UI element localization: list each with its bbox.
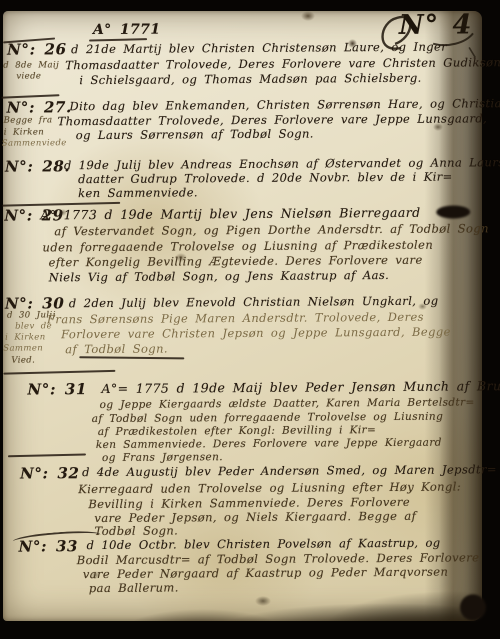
entry-line: Forlovere vare Christen Jepsøn og Jeppe …: [61, 325, 451, 342]
entry-line: vare Peder Nørgaard af Kaastrup og Peder…: [83, 565, 449, 582]
margin-note: i Kirken: [4, 127, 44, 137]
entry-line: af Vestervandet Sogn, og Pigen Dorthe An…: [54, 221, 489, 238]
entry-line: Frans Sørensøns Pige Maren Andersdtr. Tr…: [47, 310, 424, 327]
year-heading: A° 1771: [93, 22, 161, 38]
underline: [79, 356, 184, 359]
year-heading-underline: [89, 38, 147, 41]
entry-line: vare Peder Jepsøn, og Niels Kiergaard. B…: [94, 509, 416, 525]
entry-line: paa Ballerum.: [89, 580, 179, 595]
entry-line: Todbøl Sogn.: [94, 523, 178, 538]
entry-number: N°: 33: [19, 537, 79, 555]
entry-line: Niels Vig af Todbøl Sogn, og Jens Kaastr…: [49, 268, 390, 284]
register-page: A° 1771 N° 4 N°: 26 d 8de Maij viede d 2…: [3, 11, 482, 621]
entry-line: af Prædikestolen efter Kongl: Bevilling …: [98, 424, 376, 438]
entry-line: Thomasdaatter Trolovede, Deres Forlovere…: [65, 55, 500, 72]
margin-note: Sammen: [3, 343, 43, 353]
entry-line: A°= 1775 d 19de Maij blev Peder Jensøn M…: [101, 378, 500, 396]
entry-line: Thomasdaatter Trolovede, Deres Forlovere…: [58, 111, 488, 128]
entry-number: N°: 26: [7, 40, 67, 58]
margin-note: d 8de Maij: [3, 60, 59, 70]
entry-line: daatter Gudrup Trolovede. d 20de Novbr. …: [78, 170, 453, 187]
entry-line: A° 1773 d 19de Martij blev Jens Nielsøn …: [40, 205, 420, 223]
entry-line: og Laurs Sørrensøn af Todbøl Sogn.: [76, 126, 314, 142]
entry-line: d 10de Octbr. blev Christen Povelsøn af …: [87, 536, 441, 552]
entry-line: ken Sammenviede.: [78, 185, 198, 200]
margin-note: Begge fra: [4, 115, 53, 125]
margin-note: viede: [16, 71, 41, 81]
margin-note: i Kirken: [5, 332, 45, 342]
entry-line: uden forregaaende Trolovelse og Liusning…: [42, 238, 433, 255]
entry-number: N°: 32: [20, 464, 80, 482]
entry-line: i Schielsgaard, og Thomas Madsøn paa Sch…: [79, 71, 421, 87]
entry-line: og Jeppe Kiergaards ældste Daatter, Kare…: [100, 396, 475, 411]
entry-line: d 21de Martij blev Christen Christensøn …: [71, 40, 447, 57]
entry-number: N°: 28.: [5, 157, 70, 175]
entry-line: efter Kongelig Bevilling Ægteviede. Dere…: [49, 253, 423, 270]
ink-stain: [436, 205, 470, 218]
entry-number: N°: 31: [27, 380, 87, 398]
margin-note: Vied.: [11, 355, 35, 365]
entry-line: af Todbøl Sogn uden forregaaende Trolove…: [92, 411, 444, 425]
entry-line: d 2den Julij blev Enevold Christian Niel…: [69, 294, 439, 311]
page-number: N° 4: [399, 9, 473, 41]
entry-line: og Frans Jørgensen.: [102, 451, 223, 464]
entry-line: af Todbøl Sogn.: [65, 342, 168, 357]
entry-line: Kierregaard uden Trolovelse og Liusning …: [78, 479, 461, 496]
entry-line: Dito dag blev Enkemanden, Christen Sørre…: [69, 96, 500, 113]
ink-stain: [460, 594, 486, 620]
margin-note: Sammenviede: [2, 138, 67, 148]
page-content: A° 1771 N° 4 N°: 26 d 8de Maij viede d 2…: [1, 9, 484, 622]
divider-line: [3, 370, 115, 375]
entry-line: d 4de Augustij blev Peder Andersøn Smed,…: [82, 462, 497, 479]
divider-line: [8, 453, 86, 456]
entry-line: ken Sammenviede. Deres Forlovere vare Je…: [96, 437, 442, 451]
manuscript-photo: A° 1771 N° 4 N°: 26 d 8de Maij viede d 2…: [0, 0, 500, 639]
